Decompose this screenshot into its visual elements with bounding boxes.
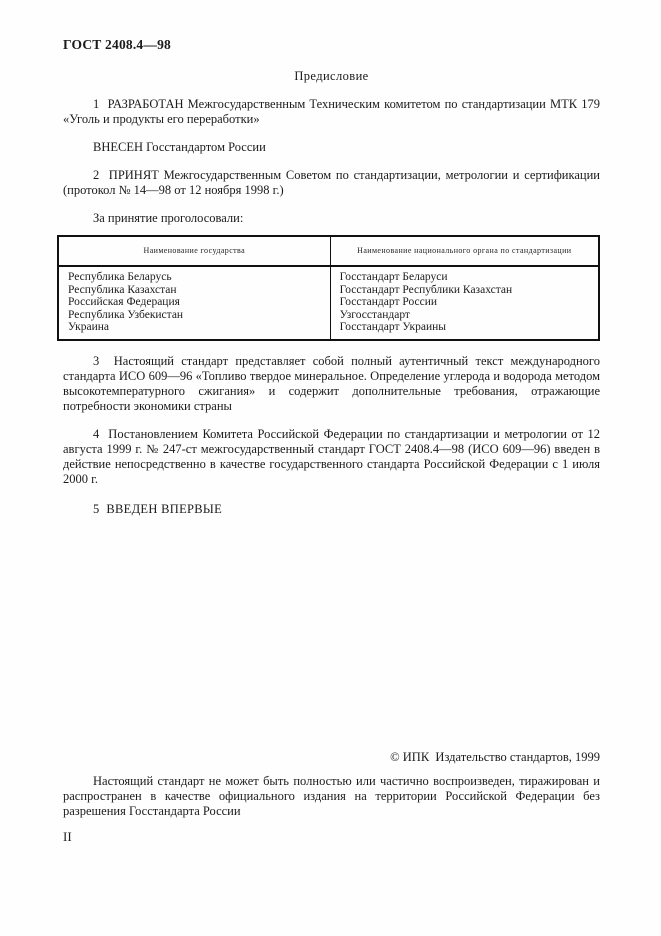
cell-state: Республика Казахстан	[58, 284, 330, 297]
cell-state: Республика Беларусь	[58, 266, 330, 284]
page-footer: © ИПК Издательство стандартов, 1999 Наст…	[63, 750, 600, 844]
cell-body: Госстандарт Республики Казахстан	[330, 284, 599, 297]
table-row: Республика Беларусь Госстандарт Беларуси	[58, 266, 599, 284]
cell-state: Украина	[58, 321, 330, 340]
table-row: Республика Узбекистан Узгосстандарт	[58, 309, 599, 322]
copyright-line: © ИПК Издательство стандартов, 1999	[63, 750, 600, 765]
preface-submitted: ВНЕСЕН Госстандартом России	[63, 140, 600, 155]
cell-body: Госстандарт Беларуси	[330, 266, 599, 284]
vote-intro: За принятие проголосовали:	[63, 211, 600, 226]
page-number: II	[63, 829, 600, 844]
table-row: Республика Казахстан Госстандарт Республ…	[58, 284, 599, 297]
table-row: Российская Федерация Госстандарт России	[58, 296, 599, 309]
preface-item-5: 5 ВВЕДЕН ВПЕРВЫЕ	[63, 502, 600, 517]
column-header-state: Наименование государства	[58, 236, 330, 266]
cell-state: Республика Узбекистан	[58, 309, 330, 322]
page-title: Предисловие	[63, 69, 600, 84]
vote-table: Наименование государства Наименование на…	[57, 235, 600, 341]
table-row: Украина Госстандарт Украины	[58, 321, 599, 340]
document-page: ГОСТ 2408.4—98 Предисловие 1 РАЗРАБОТАН …	[0, 0, 661, 936]
reproduction-notice: Настоящий стандарт не может быть полност…	[63, 774, 600, 819]
cell-body: Госстандарт России	[330, 296, 599, 309]
preface-item-1: 1 РАЗРАБОТАН Межгосударственным Техничес…	[63, 97, 600, 127]
doc-code: ГОСТ 2408.4—98	[63, 37, 600, 52]
preface-item-2: 2 ПРИНЯТ Межгосударственным Советом по с…	[63, 168, 600, 198]
preface-item-4: 4 Постановлением Комитета Российской Фед…	[63, 427, 600, 487]
cell-state: Российская Федерация	[58, 296, 330, 309]
cell-body: Госстандарт Украины	[330, 321, 599, 340]
cell-body: Узгосстандарт	[330, 309, 599, 322]
preface-item-3: 3 Настоящий стандарт представляет собой …	[63, 354, 600, 414]
table-header-row: Наименование государства Наименование на…	[58, 236, 599, 266]
column-header-body: Наименование национального органа по ста…	[330, 236, 599, 266]
